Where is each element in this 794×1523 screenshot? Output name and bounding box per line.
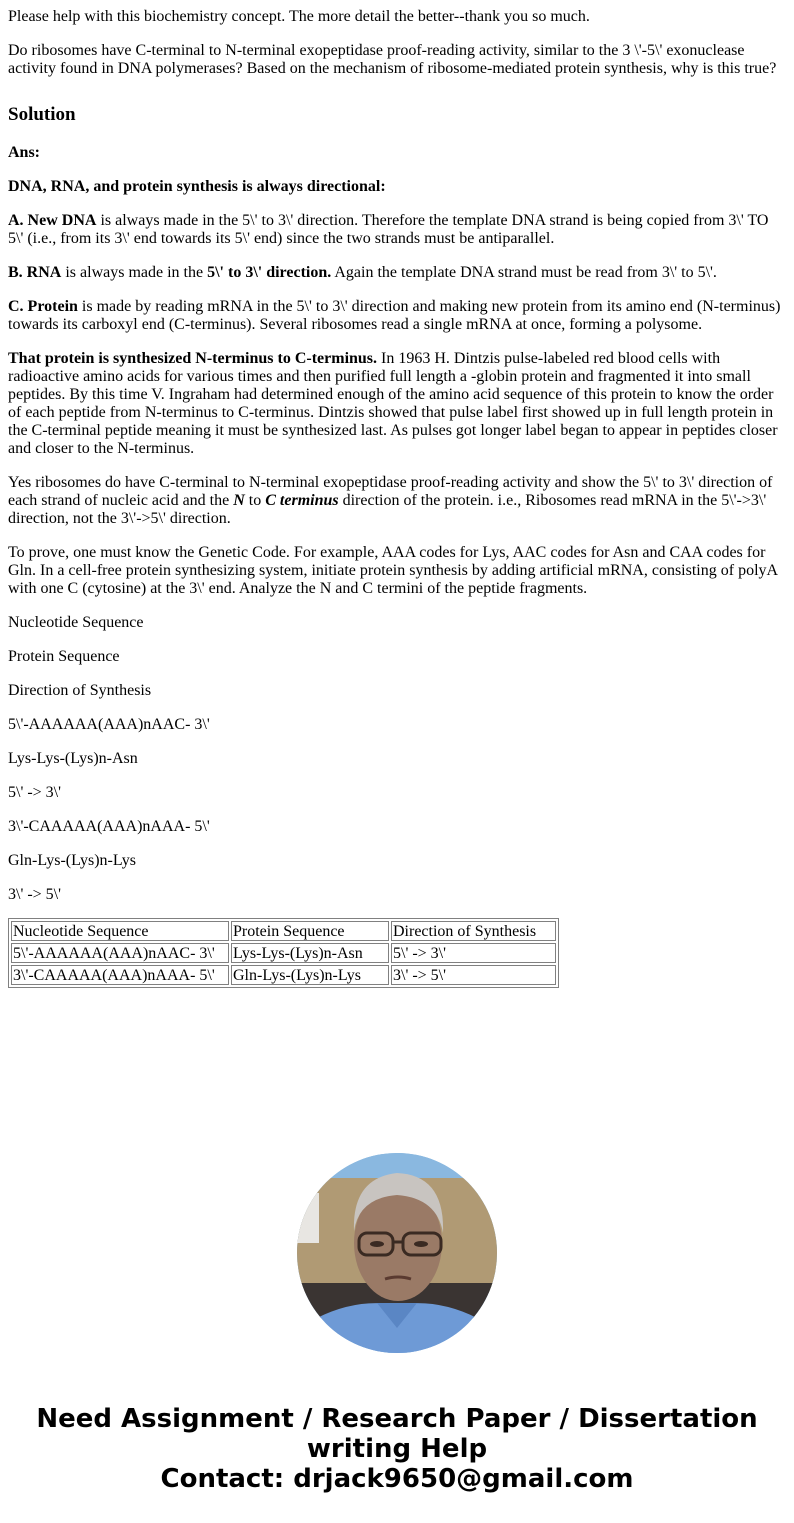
question-body: Do ribosomes have C-terminal to N-termin… [8,42,786,78]
proof-paragraph: To prove, one must know the Genetic Code… [8,544,786,598]
point-b: B. RNA is always made in the 5\' to 3\' … [8,264,786,282]
flat-line: Lys-Lys-(Lys)n-Asn [8,750,786,768]
flat-line: 3\'-CAAAAA(AAA)nAAA- 5\' [8,818,786,836]
table-header-row: Nucleotide Sequence Protein Sequence Dir… [11,921,556,941]
table-cell: 3\' -> 5\' [391,965,556,985]
point-b-text-before: is always made in the [61,264,207,281]
flat-line: 3\' -> 5\' [8,886,786,904]
directional-heading: DNA, RNA, and protein synthesis is alway… [8,178,786,196]
point-a-text: is always made in the 5\' to 3\' directi… [8,212,768,247]
n-terminus-emphasis: N [233,492,245,509]
flat-line: Nucleotide Sequence [8,614,786,632]
dintzis-paragraph: That protein is synthesized N-terminus t… [8,350,786,458]
table-header-cell: Direction of Synthesis [391,921,556,941]
table-row: 3\'-CAAAAA(AAA)nAAA- 5\' Gln-Lys-(Lys)n-… [11,965,556,985]
person-photo-icon [297,1153,497,1353]
point-c: C. Protein is made by reading mRNA in th… [8,298,786,334]
promo-contact: Contact: drjack9650@gmail.com [0,1464,794,1494]
conclusion-to: to [245,492,265,509]
table-cell: Gln-Lys-(Lys)n-Lys [231,965,389,985]
sequence-table: Nucleotide Sequence Protein Sequence Dir… [8,918,559,988]
table-cell: 3\'-CAAAAA(AAA)nAAA- 5\' [11,965,229,985]
promo-line-1: Need Assignment / Research Paper / Disse… [0,1404,794,1434]
solution-heading: Solution [8,104,786,126]
promo-line-2: writing Help [0,1434,794,1464]
author-avatar [297,1153,497,1353]
table-header-cell: Nucleotide Sequence [11,921,229,941]
point-b-label: B. RNA [8,264,61,281]
dintzis-label: That protein is synthesized N-terminus t… [8,350,377,367]
document: Please help with this biochemistry conce… [8,0,786,988]
point-a: A. New DNA is always made in the 5\' to … [8,212,786,248]
c-terminus-emphasis: C terminus [265,492,338,509]
point-a-label: A. New DNA [8,212,96,229]
ans-label: Ans: [8,144,786,162]
flat-line: 5\'-AAAAAA(AAA)nAAC- 3\' [8,716,786,734]
question-intro: Please help with this biochemistry conce… [8,8,786,26]
ans-label-text: Ans: [8,144,40,161]
flat-line: Protein Sequence [8,648,786,666]
table-cell: 5\'-AAAAAA(AAA)nAAC- 3\' [11,943,229,963]
table-row: 5\'-AAAAAA(AAA)nAAC- 3\' Lys-Lys-(Lys)n-… [11,943,556,963]
flat-line: Direction of Synthesis [8,682,786,700]
table-cell: 5\' -> 3\' [391,943,556,963]
point-c-label: C. Protein [8,298,78,315]
point-b-text-after: Again the template DNA strand must be re… [331,264,717,281]
flat-line: 5\' -> 3\' [8,784,786,802]
point-c-text: is made by reading mRNA in the 5\' to 3\… [8,298,780,333]
directional-heading-text: DNA, RNA, and protein synthesis is alway… [8,178,386,195]
table-header-cell: Protein Sequence [231,921,389,941]
promo-banner: Need Assignment / Research Paper / Disse… [0,1404,794,1494]
flat-line: Gln-Lys-(Lys)n-Lys [8,852,786,870]
conclusion-paragraph: Yes ribosomes do have C-terminal to N-te… [8,474,786,528]
table-cell: Lys-Lys-(Lys)n-Asn [231,943,389,963]
point-b-bold-direction: 5\' to 3\' direction. [207,264,331,281]
